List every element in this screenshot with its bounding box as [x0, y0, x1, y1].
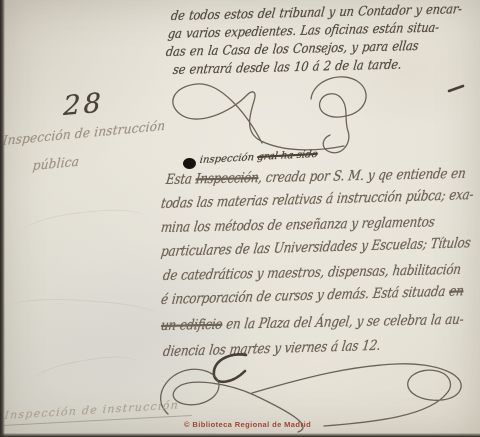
struck-word: en — [448, 283, 464, 299]
handwritten-line: todas las materias relativas á instrucci… — [160, 187, 474, 212]
handwritten-line: mina los métodos de enseñanza y reglamen… — [160, 214, 435, 236]
ink-blot — [183, 158, 196, 169]
line-text: en la Plaza del Ángel, y se celebra la a… — [225, 312, 464, 333]
handwritten-line: un edificio en la Plaza del Ángel, y se … — [160, 312, 464, 334]
handwritten-line: de catedráticos y maestros, dispensas, h… — [162, 262, 462, 284]
page-number: 28 — [63, 88, 104, 122]
handwritten-line: diencia los martes y viernes á las 12. — [162, 338, 381, 360]
handwritten-line: é incorporación de cursos y demás. Está … — [160, 283, 465, 308]
handwritten-line: Esta Inspección, creada por S. M. y qe e… — [165, 166, 466, 188]
line-text: Esta — [165, 171, 197, 188]
show-through-mark — [7, 295, 159, 332]
interline-correction-struck: gral ha sido — [257, 149, 319, 163]
page-bottom-edge — [0, 433, 480, 437]
show-through-mark — [17, 205, 150, 253]
struck-word: Inspección — [195, 170, 260, 187]
show-through-mark — [28, 352, 141, 400]
interline-correction-text: inspección — [199, 152, 258, 166]
handwritten-line: das en la Casa de los Consejos, y para e… — [165, 39, 419, 60]
library-copyright-stamp: © Biblioteca Regional de Madrid — [184, 420, 311, 429]
page-binding-edge — [0, 0, 5, 437]
struck-word: un edificio — [160, 317, 223, 334]
margin-heading-line: pública — [32, 155, 80, 174]
interline-correction: inspección gral ha sido — [199, 149, 318, 166]
margin-heading-line: Inspección de instrucción — [2, 119, 166, 149]
manuscript-scan-page: de todos estos del tribunal y un Contado… — [0, 0, 480, 437]
line-text: , creada por S. M. y qe entiende en — [257, 166, 466, 186]
handwritten-line: particulares de las Universidades y Escu… — [160, 235, 471, 260]
line-text: é incorporación de cursos y demás. Está … — [160, 284, 446, 308]
handwritten-line: se entrará desde las 10 á 2 de la tarde. — [172, 58, 402, 78]
ghost-margin-note: Inspección de instrucción — [4, 398, 179, 422]
